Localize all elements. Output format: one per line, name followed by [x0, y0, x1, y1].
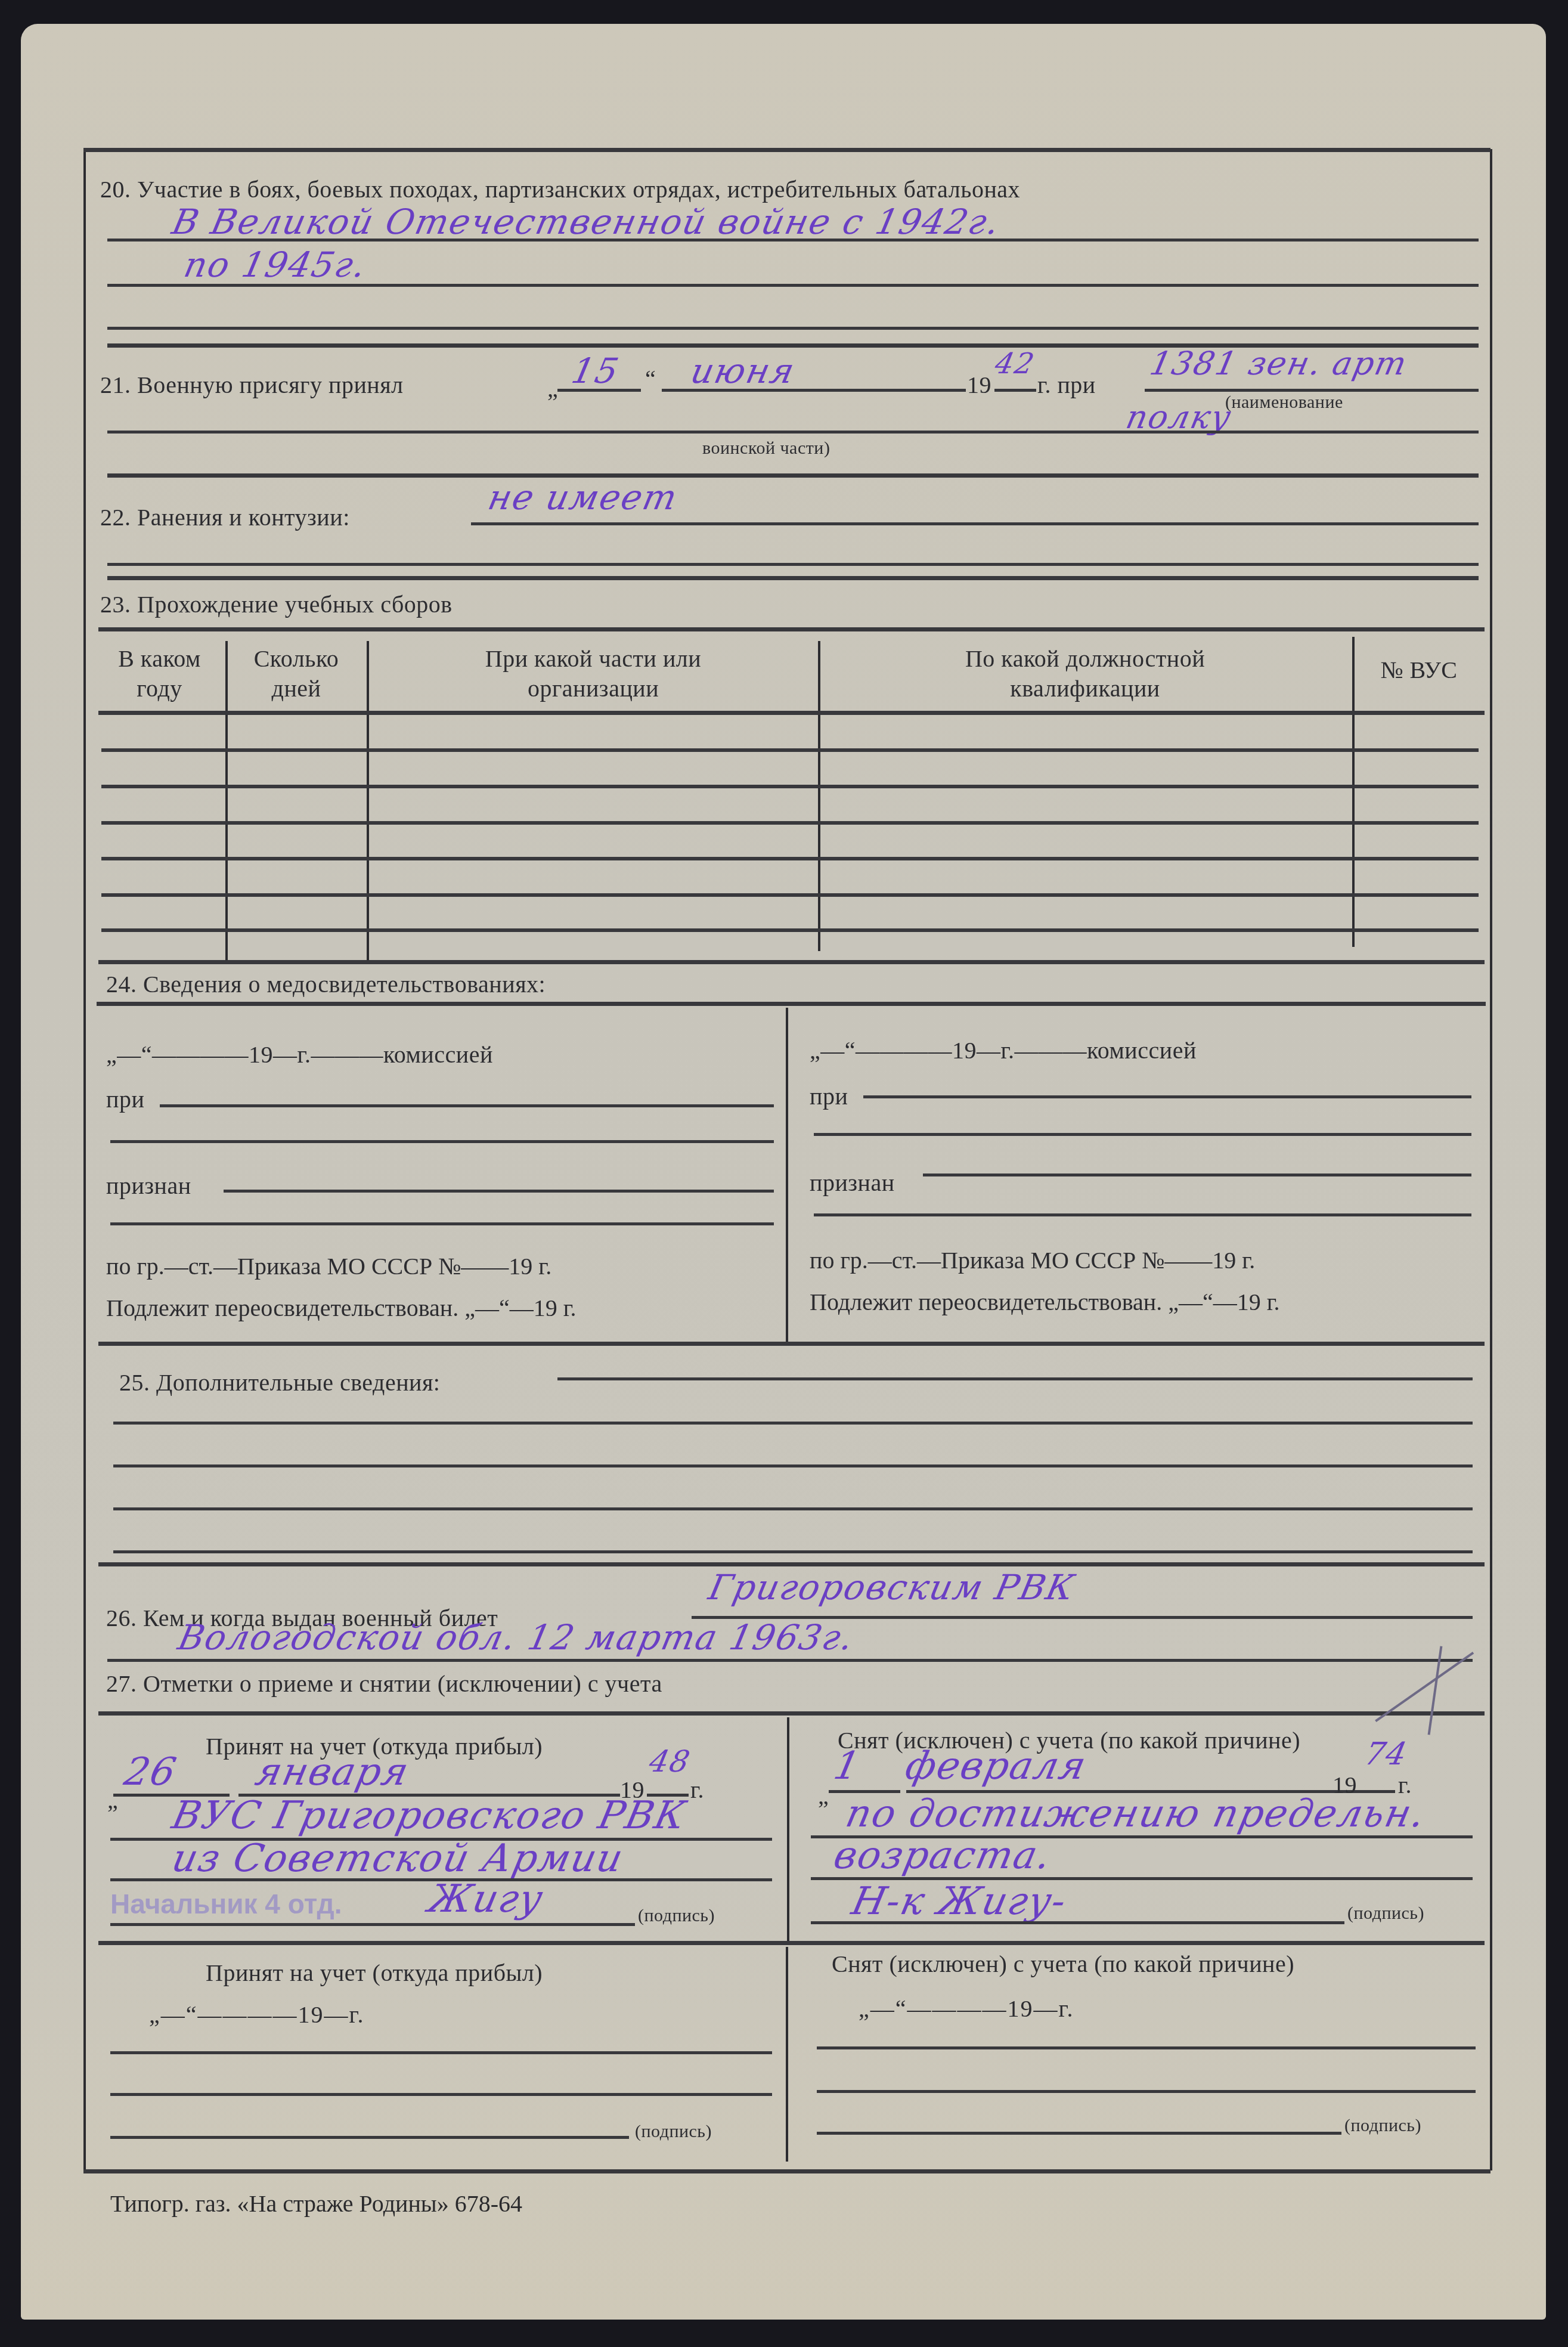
line [110, 2051, 772, 2054]
line [113, 1507, 1473, 1510]
section-23-label: 23. Прохождение учебных сборов [100, 590, 453, 618]
signature-caption: (подпись) [638, 1906, 715, 1926]
section-20-label: 20. Участие в боях, боевых походах, парт… [100, 175, 1020, 203]
reg-in-from-line-1: ВУС Григоровского РВК [168, 1794, 690, 1838]
section-24-top-rule [97, 1002, 1486, 1006]
line [814, 1213, 1471, 1216]
ticket-issuer-handwritten: Григоровским РВК [705, 1567, 1079, 1608]
signature-line [811, 1921, 1344, 1924]
signature: Н-к Жигу- [848, 1880, 1071, 1924]
col-divider [787, 1717, 789, 1944]
year-prefix: 19 [967, 371, 991, 399]
quote-open: „ [547, 374, 558, 402]
signature-line [110, 2136, 629, 2139]
section-divider [107, 473, 1479, 478]
year-unit: г. [690, 1776, 704, 1804]
col-header-unit: При какой части или организации [370, 644, 817, 704]
col-header-days: Сколько дней [228, 644, 365, 704]
med-date-line: „—“————19—г.———комиссией [810, 1036, 1197, 1064]
med-recheck-line: Подлежит переосвидетельствован. „—“—19 г… [106, 1294, 577, 1322]
line [110, 1140, 774, 1143]
col-header-qualification: По какой должностной квалификации [823, 644, 1347, 704]
reg-in-month: января [252, 1750, 413, 1794]
med-recheck-line: Подлежит переосвидетельствован. „—“—19 г… [810, 1288, 1280, 1316]
section-divider [98, 1342, 1485, 1346]
reg-out-month: февраля [901, 1744, 1090, 1788]
ticket-issue-date-handwritten: Вологодской обл. 12 марта 1963г. [175, 1617, 858, 1658]
date-line: „—“————19—г. [149, 2001, 364, 2029]
signature-caption: (подпись) [635, 2122, 712, 2142]
line [923, 1173, 1471, 1176]
line [107, 239, 1479, 241]
col-divider [225, 641, 228, 960]
table-header-rule [98, 711, 1485, 715]
wounds-handwritten: не имеет [485, 477, 682, 518]
table-bottom-rule [98, 960, 1485, 964]
med-order-line: по гр.—ст.—Приказа МО СССР №——19 г. [810, 1246, 1255, 1274]
signature-caption: (подпись) [1347, 1903, 1424, 1924]
med-pri-label: при [106, 1085, 144, 1113]
caption-voinskoy-chasti: воинской части) [702, 438, 830, 459]
line [471, 522, 1479, 525]
quote-close: “ [645, 365, 656, 393]
reg-in-year: 48 [646, 1744, 694, 1779]
section-24-label: 24. Сведения о медосвидетельствованиях: [106, 970, 546, 998]
med-priznan-label: признан [810, 1169, 895, 1197]
line [557, 1377, 1473, 1380]
reg-out-year: 74 [1362, 1736, 1411, 1772]
med-order-line: по гр.—ст.—Приказа МО СССР №——19 г. [106, 1252, 551, 1280]
oath-month: июня [687, 351, 799, 391]
table-top-rule [98, 627, 1485, 631]
section-25-label: 25. Дополнительные сведения: [119, 1368, 440, 1397]
reg-out-reason-line-1: по достижению предельн. [842, 1792, 1430, 1836]
col-header-vus: № ВУС [1353, 656, 1485, 684]
line [113, 1550, 1473, 1553]
med-pri-label: при [810, 1082, 848, 1110]
section-27-middle-rule [98, 1941, 1485, 1945]
year-unit: г. при [1037, 371, 1096, 399]
line [107, 1659, 1473, 1662]
line [107, 327, 1479, 330]
printer-imprint: Типогр. газ. «На страже Родины» 678-64 [110, 2190, 522, 2218]
section-20-handwritten-line-1: В Великой Отечественной войне с 1942г. [169, 202, 1004, 242]
col-divider [786, 1947, 788, 2162]
frame-bottom-rule [83, 2169, 1490, 2173]
reg-out-reason-line-2: возраста. [830, 1834, 1056, 1878]
line [110, 2093, 772, 2096]
quote-open: „ [107, 1786, 118, 1814]
caption-naimenovanie: (наименование [1225, 392, 1343, 413]
oath-day: 15 [568, 351, 623, 391]
line [113, 1422, 1473, 1425]
section-divider [107, 576, 1479, 580]
signature-line [817, 2132, 1341, 2135]
unit-line [1145, 389, 1479, 392]
frame-top-rule [83, 148, 1490, 152]
oath-unit-line-1: 1381 зен. арт [1146, 345, 1411, 382]
year-line [994, 389, 1036, 392]
oath-year: 42 [992, 347, 1038, 380]
med-date-line: „—“————19—г.———комиссией [106, 1041, 493, 1069]
section-27-label: 27. Отметки о приеме и снятии (исключени… [106, 1670, 662, 1698]
line [107, 563, 1479, 566]
line [110, 1222, 774, 1225]
section-27-top-rule [98, 1711, 1485, 1716]
section-21-label: 21. Военную присягу принял [100, 371, 404, 399]
col-divider [786, 1008, 788, 1342]
line [224, 1190, 774, 1193]
line [814, 1133, 1471, 1136]
section-22-label: 22. Ранения и контузии: [100, 503, 350, 531]
stamp-department-head: Начальник 4 отд. [110, 1888, 342, 1920]
box-title: Снят (исключен) с учета (по какой причин… [832, 1950, 1294, 1978]
line [107, 284, 1479, 287]
signature-line [110, 1923, 635, 1926]
date-line: „—“————19—г. [859, 1995, 1074, 2023]
col-divider [1352, 637, 1355, 947]
signature-caption: (подпись) [1344, 2116, 1421, 2136]
col-divider [818, 641, 820, 951]
col-header-year: В каком году [95, 644, 224, 704]
line [160, 1104, 774, 1107]
med-priznan-label: признан [106, 1172, 191, 1200]
reg-in-from-line-2: из Советской Армии [168, 1837, 628, 1881]
line [817, 2090, 1476, 2093]
reg-in-day: 26 [120, 1750, 181, 1794]
col-divider [367, 641, 369, 960]
signature: Жигу [424, 1877, 547, 1921]
section-20-handwritten-line-2: по 1945г. [181, 244, 371, 285]
line [113, 1464, 1473, 1467]
line [107, 431, 1479, 434]
quote-open: „ [818, 1782, 829, 1810]
section-divider [98, 1562, 1485, 1566]
line [863, 1095, 1471, 1098]
line [817, 2046, 1476, 2049]
box-title: Принят на учет (откуда прибыл) [206, 1959, 543, 1987]
